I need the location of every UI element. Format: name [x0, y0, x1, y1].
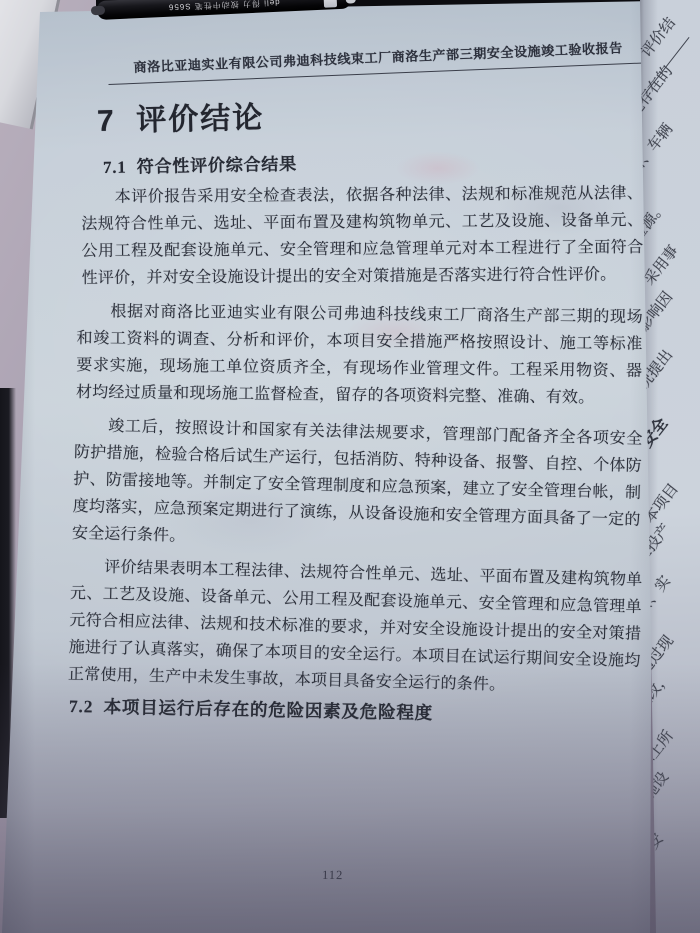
next-page-text-fragment: 采用事	[638, 241, 682, 289]
pen-brand-text: deli 得力 按动中性笔 S656	[168, 0, 280, 13]
document-page: 商洛比亚迪实业有限公司弗迪科技线束工厂商洛生产部三期安全设施竣工验收报告 7 评…	[0, 0, 700, 933]
page-content: 7 评价结论 7.1 符合性评价综合结果 本评价报告采用安全检查表法，依据各种法…	[75, 104, 643, 718]
paragraph: 根据对商洛比亚迪实业有限公司弗迪科技线束工厂商洛生产部三期的现场和竣工资料的调查…	[76, 298, 643, 412]
section-7-1-heading: 7.1 符合性评价综合结果	[103, 147, 643, 180]
chapter-heading: 7 评价结论	[97, 93, 644, 140]
paragraph: 本评价报告采用安全检查表法，依据各种法律、法规和标准规范从法律、法规符合性单元、…	[81, 180, 644, 292]
photo-scene: 商洛比亚迪实业有限公司弗迪科技线束工厂商洛生产部三期安全设施竣工验收报告 7 评…	[0, 0, 700, 933]
next-page-text-fragment: 评价结	[635, 13, 679, 61]
paragraph: 评价结果表明本工程法律、法规符合性单元、选址、平面布置及建构筑物单元、工艺及设施…	[68, 553, 643, 702]
page-number: 112	[322, 868, 344, 883]
running-header: 商洛比亚迪实业有限公司弗迪科技线束工厂商洛生产部三期安全设施竣工验收报告	[107, 36, 649, 85]
paragraph: 竣工后，按照设计和国家有关法律法规要求，管理部门配备齐全各项安全防护措施，检验合…	[72, 412, 643, 561]
